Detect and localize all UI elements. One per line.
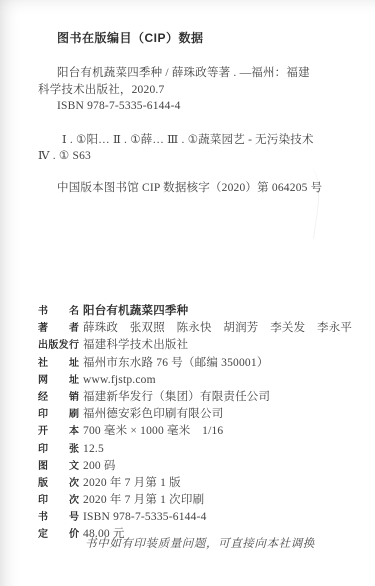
colophon-block: 书 名 阳台有机蔬菜四季种 著 者 薛珠政 张双照 陈永快 胡润芳 李关发 李永… bbox=[38, 302, 368, 543]
row-isbn: 书 号 ISBN 978-7-5335-6144-4 bbox=[38, 508, 368, 525]
row-label: 开 本 bbox=[38, 422, 79, 437]
row-value: www.fjstp.com bbox=[83, 374, 156, 386]
cip-isbn-line: ISBN 978-7-5335-6144-4 bbox=[57, 99, 181, 113]
row-value: 阳台有机蔬菜四季种 bbox=[83, 302, 188, 318]
row-value: 福州市东水路 76 号（邮编 350001） bbox=[83, 354, 269, 370]
row-address: 社 址 福州市东水路 76 号（邮编 350001） bbox=[38, 354, 368, 371]
row-pages: 图 文 200 码 bbox=[38, 457, 368, 474]
row-value: 福建科学技术出版社 bbox=[83, 336, 188, 352]
row-label: 著 者 bbox=[38, 319, 79, 334]
row-label: 定 价 bbox=[38, 525, 79, 540]
row-value: 700 毫米 × 1000 毫米 1/16 bbox=[83, 422, 223, 438]
row-format: 开 本 700 毫米 × 1000 毫米 1/16 bbox=[38, 422, 368, 439]
row-label: 出版发行 bbox=[38, 336, 79, 351]
row-value: 2020 年 7 月第 1 次印刷 bbox=[83, 491, 204, 507]
row-label: 印 张 bbox=[38, 440, 79, 455]
row-value: 福建新华发行（集团）有限责任公司 bbox=[83, 388, 270, 404]
row-value: 薛珠政 张双照 陈永快 胡润芳 李关发 李永平 bbox=[83, 319, 352, 335]
row-label: 图 文 bbox=[38, 457, 79, 472]
row-edition: 版 次 2020 年 7 月第 1 版 bbox=[38, 474, 368, 491]
row-distributor: 经 销 福建新华发行（集团）有限责任公司 bbox=[38, 388, 368, 405]
row-label: 版 次 bbox=[38, 474, 79, 489]
row-value: 200 码 bbox=[83, 457, 116, 473]
quality-exchange-note: 书中如有印装质量问题，可直接向本社调换 bbox=[85, 535, 315, 551]
book-copyright-page: 图书在版编目（CIP）数据 阳台有机蔬菜四季种 / 薛珠政等著 . —福州：福建… bbox=[0, 0, 375, 586]
row-printer: 印 刷 福州德安彩色印刷有限公司 bbox=[38, 405, 368, 422]
cip-classification-line-2: Ⅳ . ① S63 bbox=[38, 149, 91, 163]
row-value: 福州德安彩色印刷有限公司 bbox=[83, 405, 223, 421]
row-authors: 著 者 薛珠政 张双照 陈永快 胡润芳 李关发 李永平 bbox=[38, 319, 368, 336]
row-value: 2020 年 7 月第 1 版 bbox=[83, 474, 181, 490]
row-label: 印 次 bbox=[38, 491, 79, 506]
cip-publisher-line: 科学技术出版社，2020.7 bbox=[38, 83, 164, 97]
row-website: 网 址 www.fjstp.com bbox=[38, 371, 368, 388]
row-book-title: 书 名 阳台有机蔬菜四季种 bbox=[38, 302, 368, 319]
row-label: 书 名 bbox=[38, 302, 79, 317]
row-value: ISBN 978-7-5335-6144-4 bbox=[83, 511, 207, 523]
row-label: 印 刷 bbox=[38, 405, 79, 420]
row-value: 12.5 bbox=[83, 443, 104, 455]
row-label: 网 址 bbox=[38, 371, 79, 386]
row-publisher: 出版发行 福建科学技术出版社 bbox=[38, 336, 368, 353]
cip-title-statement: 阳台有机蔬菜四季种 / 薛珠政等著 . —福州：福建 bbox=[57, 66, 310, 80]
cip-header: 图书在版编目（CIP）数据 bbox=[57, 31, 204, 45]
row-label: 社 址 bbox=[38, 354, 79, 369]
row-printing: 印 次 2020 年 7 月第 1 次印刷 bbox=[38, 491, 368, 508]
row-printed-sheets: 印 张 12.5 bbox=[38, 440, 368, 457]
row-label: 经 销 bbox=[38, 388, 79, 403]
row-label: 书 号 bbox=[38, 508, 79, 523]
cip-record-number-line: 中国版本图书馆 CIP 数据核字（2020）第 064205 号 bbox=[57, 181, 322, 195]
scan-artifact bbox=[291, 167, 324, 240]
cip-classification-line-1: Ⅰ . ①阳… Ⅱ . ①薛… Ⅲ . ①蔬菜园艺 - 无污染技术 bbox=[62, 133, 314, 147]
